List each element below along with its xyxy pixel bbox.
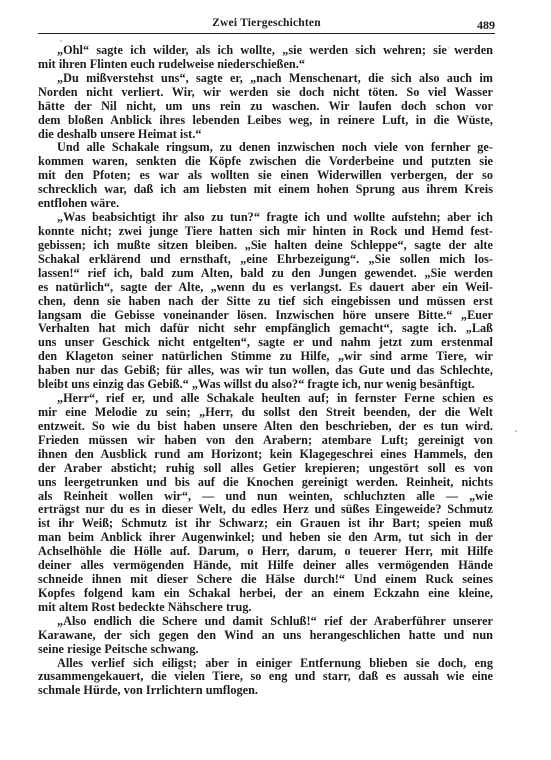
text-line: Schakal erklärend und ernsthaft, „eine E… bbox=[38, 253, 493, 267]
text-line: „Ohl“ sagte ich wilder, als ich wollte, … bbox=[38, 44, 493, 58]
text-line: mit ihren Flinten euch rudelweise nieder… bbox=[38, 58, 493, 72]
text-line: lassen!“ rief ich, bald zum Alten, bald … bbox=[38, 267, 493, 281]
text-line: der Araber absticht; ruhig soll alles Ge… bbox=[38, 462, 493, 476]
scan-speck bbox=[515, 430, 517, 432]
text-line: Und alle Schakale ringsum, zu denen inzw… bbox=[38, 141, 493, 155]
text-line: schmale Hürde, von Irrlichtern umflogen. bbox=[38, 684, 493, 698]
scan-speck bbox=[448, 47, 449, 49]
text-line: Frieden müssen wir haben von den Arabern… bbox=[38, 434, 493, 448]
text-line: hätte der Nil nicht, um uns rein zu wasc… bbox=[38, 100, 493, 114]
text-line: ihnen den Ausblick rund am Horizont; kei… bbox=[38, 448, 493, 462]
text-line: ist ihr Weiß; Schmutz ist ihr Schwarz; e… bbox=[38, 517, 493, 531]
text-line: entzweit. So wie du bist haben unsere Al… bbox=[38, 420, 493, 434]
text-line: Kopfes folgend kam ein Schakal herbei, d… bbox=[38, 587, 493, 601]
text-line: kommen waren, senkten die Köpfe zwischen… bbox=[38, 155, 493, 169]
text-line: „Herr“, rief er, und alle Schakale heult… bbox=[38, 392, 493, 406]
scan-speck bbox=[82, 48, 83, 49]
text-line: mir eine Melodie zu sein; „Herr, du soll… bbox=[38, 406, 493, 420]
text-line: haben nur das Gebiß; für alles, was wir … bbox=[38, 364, 493, 378]
text-line: als Reinheit wollen wir“, — und nun wein… bbox=[38, 490, 493, 504]
page-number: 489 bbox=[477, 18, 495, 33]
running-head-title: Zwei Tiergeschichten bbox=[38, 17, 495, 29]
text-line: Norden nicht verliert. Wir, wir werden s… bbox=[38, 86, 493, 100]
text-line: „Also endlich die Schere und damit Schlu… bbox=[38, 615, 493, 629]
text-line: Verhalten hat mich dafür nicht sehr empf… bbox=[38, 322, 493, 336]
text-line: schrecklich war, daß ich am liebsten mit… bbox=[38, 183, 493, 197]
text-line: uns leergetrunken und bis auf die Knoche… bbox=[38, 476, 493, 490]
scan-speck bbox=[60, 40, 62, 42]
text-line: schneide ihnen mit dieser Schere die Häl… bbox=[38, 573, 493, 587]
text-line: den Klageton seiner natürlichen Stimme z… bbox=[38, 350, 493, 364]
text-line: „Was beabsichtigt ihr also zu tun?“ frag… bbox=[38, 211, 493, 225]
text-line: erträgst nur du es in dieser Welt, du ed… bbox=[38, 503, 493, 517]
text-line: dem bloßen Anblick ihres lebenden Leibes… bbox=[38, 114, 493, 128]
text-line: deiner alles vermögenden Hände, mit Hilf… bbox=[38, 559, 493, 573]
text-line: mit altem Rost bedeckte Nähschere trug. bbox=[38, 601, 493, 615]
text-line: seine riesige Peitsche schwang. bbox=[38, 643, 493, 657]
text-line: Alles verlief sich eiligst; aber in eini… bbox=[38, 657, 493, 671]
text-line: mit den Pfoten; es war als wollten sie e… bbox=[38, 169, 493, 183]
text-line: zusammengekauert, die vielen Tiere, so e… bbox=[38, 670, 493, 684]
text-line: Achselhöhle die Hölle auf. Darum, o Herr… bbox=[38, 545, 493, 559]
text-line: gebissen; ich mußte sitzen bleiben. „Sie… bbox=[38, 239, 493, 253]
text-line: Karawane, der sich gegen den Wind an uns… bbox=[38, 629, 493, 643]
text-line: uns unser Geschick nicht entgelten“, sag… bbox=[38, 336, 493, 350]
text-line: man beim Anblick ihrer Augenwinkel; und … bbox=[38, 531, 493, 545]
text-line: entflohen wäre. bbox=[38, 197, 493, 211]
text-line: langsam die Gebisse voneinander lösen. I… bbox=[38, 309, 493, 323]
header-rule bbox=[38, 33, 495, 34]
text-line: es natürlich“, sagte der Alte, „wenn du … bbox=[38, 281, 493, 295]
text-line: bleibt uns einzig das Gebiß.“ „Was wills… bbox=[38, 378, 493, 392]
text-line: konnte nicht; zwei junge Tiere hatten si… bbox=[38, 225, 493, 239]
book-page: Zwei Tiergeschichten 489 „Ohl“ sagte ich… bbox=[0, 0, 551, 760]
text-line: die deshalb unsere Heimat ist.“ bbox=[38, 128, 493, 142]
text-line: „Du mißverstehst uns“, sagte er, „nach M… bbox=[38, 72, 493, 86]
body-text: „Ohl“ sagte ich wilder, als ich wollte, … bbox=[38, 44, 493, 698]
running-head: Zwei Tiergeschichten 489 bbox=[38, 17, 495, 33]
text-line: chen, denn sie haben nach der Sitte zu t… bbox=[38, 295, 493, 309]
